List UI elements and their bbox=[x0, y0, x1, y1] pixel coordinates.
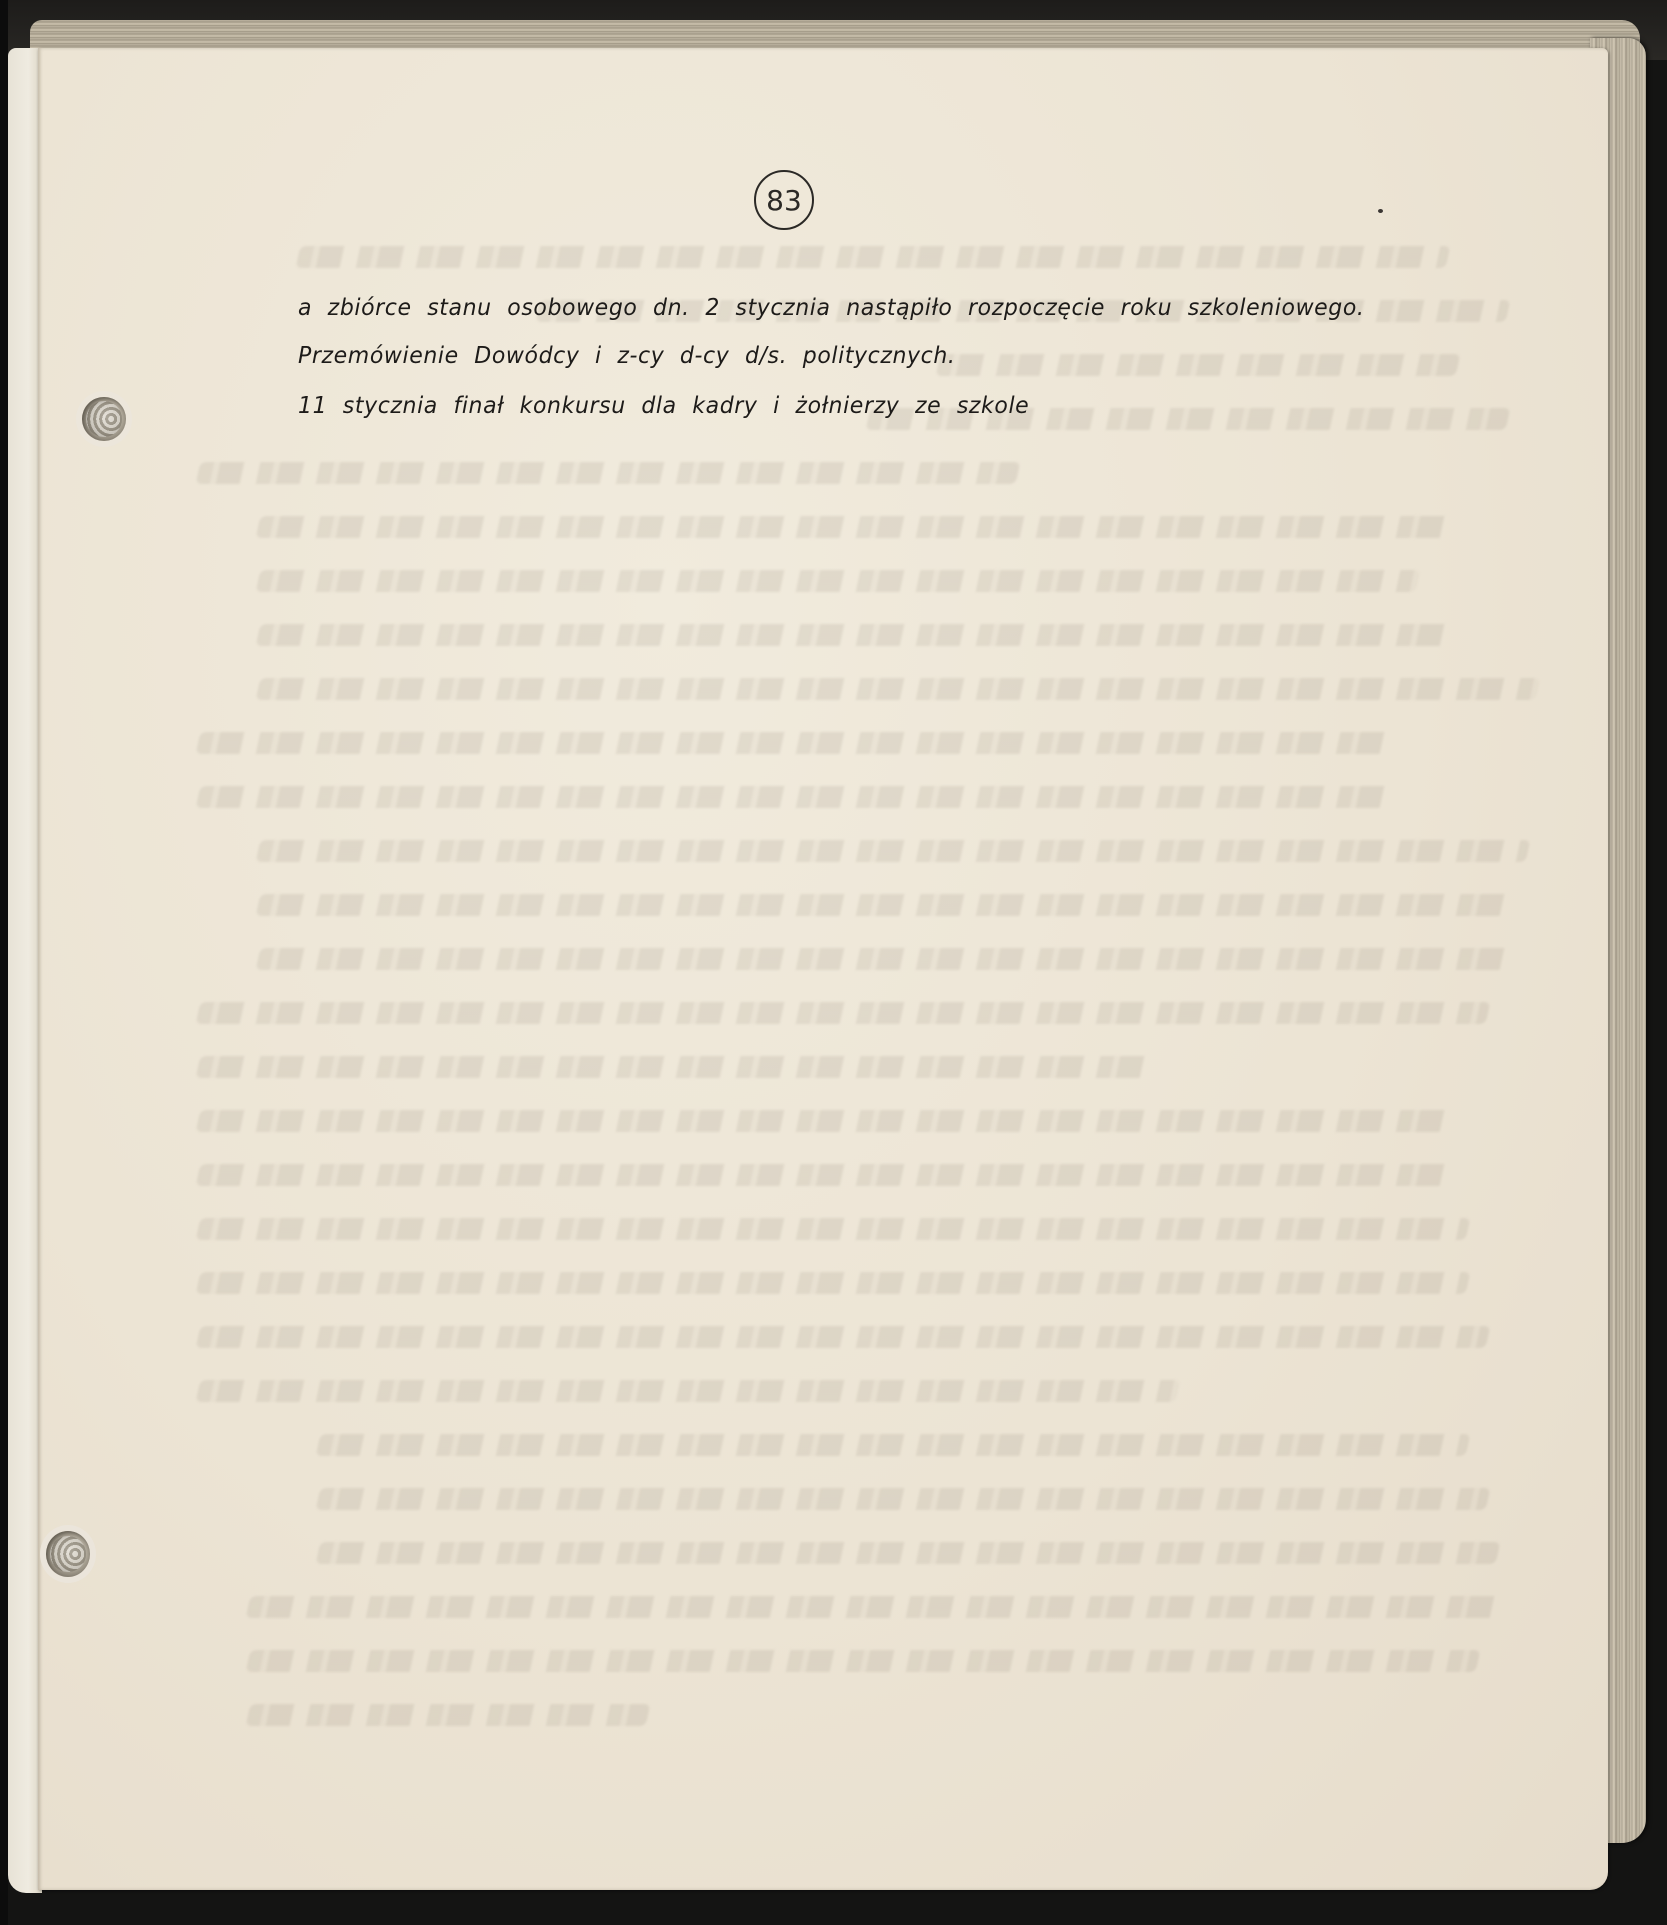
paper-speck bbox=[1378, 209, 1383, 213]
binding-hole-bottom bbox=[46, 1531, 90, 1577]
page-number-circle: 83 bbox=[754, 170, 814, 230]
page-number: 83 bbox=[766, 184, 802, 217]
document-page: 83 a zbiórce stanu osobowego dn. 2 stycz… bbox=[38, 48, 1608, 1890]
text-line-1: a zbiórce stanu osobowego dn. 2 stycznia… bbox=[298, 295, 1365, 321]
text-line-2: Przemówienie Dowódcy i z-cy d-cy d/s. po… bbox=[298, 343, 956, 369]
binding-hole-top bbox=[82, 397, 126, 441]
bleed-through-text bbox=[38, 48, 1608, 1890]
previous-page-edge bbox=[8, 48, 42, 1893]
scan-background-left bbox=[0, 0, 8, 1925]
text-line-3: 11 stycznia finał konkursu dla kadry i ż… bbox=[298, 393, 1029, 419]
